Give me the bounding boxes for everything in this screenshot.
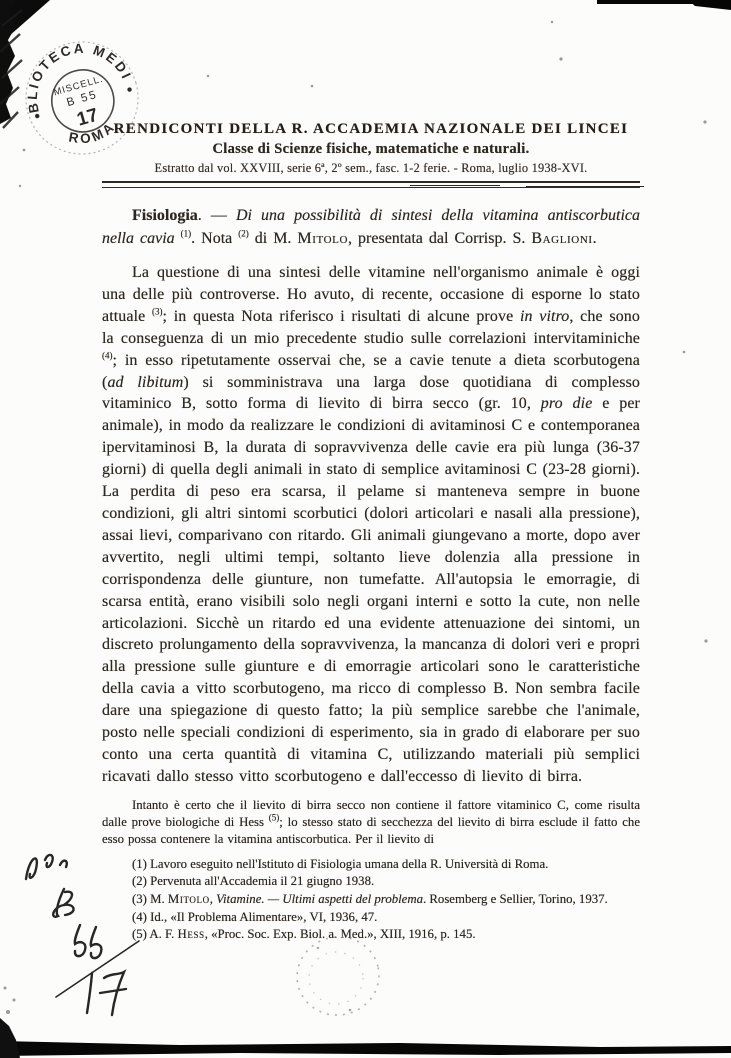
handwritten-b [53,889,73,917]
handwritten-1 [87,973,92,1013]
footnote-3: (3) M. Mitolo, Vitamine. — Ultimi aspett… [102,891,640,909]
journal-title: RENDICONTI DELLA R. ACCADEMIA NAZIONALE … [102,121,640,138]
bottom-edge-artifact [0,1041,731,1056]
header-double-rule [102,181,640,188]
handwritten-slash [56,941,139,997]
top-edge-artifact [597,0,731,4]
scanned-page: BIBLIOTECA MEDICA ROMA MISCELL. B 55 17 … [0,0,731,1058]
handwritten-7 [100,972,126,1015]
rule-fragment [410,185,500,186]
journal-subtitle: Classe di Scienze fisiche, matematiche e… [102,141,640,158]
footnote-4: (4) Id., «Il Problema Alimentare», VI, 1… [102,909,640,927]
footnotes-block: (1) Lavoro eseguito nell'Istituto di Fis… [102,856,640,944]
left-edge-artifact [0,0,16,124]
stamp-center-line3: 17 [75,105,101,131]
bottom-left-artifact [0,1018,20,1058]
left-edge-hatch [0,10,22,128]
printed-content: RENDICONTI DELLA R. ACCADEMIA NAZIONALE … [102,121,640,944]
stamp-ornament-right [127,87,132,92]
corner-fold-artifact [0,0,50,44]
stamp-center-line2: B 55 [65,89,99,109]
handwritten-55 [75,925,102,958]
footnote-1: (1) Lavoro eseguito nell'Istituto di Fis… [102,856,640,874]
rule-fragment [526,186,644,187]
edition-line: Estratto dal vol. XXVIII, serie 6ª, 2º s… [102,161,640,176]
footnote-2: (2) Pervenuta all'Accademia il 21 giugno… [102,873,640,891]
footnote-5: (5) A. F. Hess, «Proc. Soc. Exp. Biol. a… [102,926,640,944]
stamp-ornament-left [35,113,40,118]
article-title: Fisiologia. — Di una possibilità di sint… [102,204,640,250]
stamp-arc-top-text: BIBLIOTECA MEDICA [16,34,137,117]
handwritten-mis [26,855,67,879]
stamp-center-line1: MISCELL. [52,74,104,99]
body-paragraph: La questione di una sintesi delle vitami… [102,262,640,788]
top-right-artifact [688,0,731,10]
note-paragraph: Intanto è certo che il lievito di birra … [102,797,640,848]
